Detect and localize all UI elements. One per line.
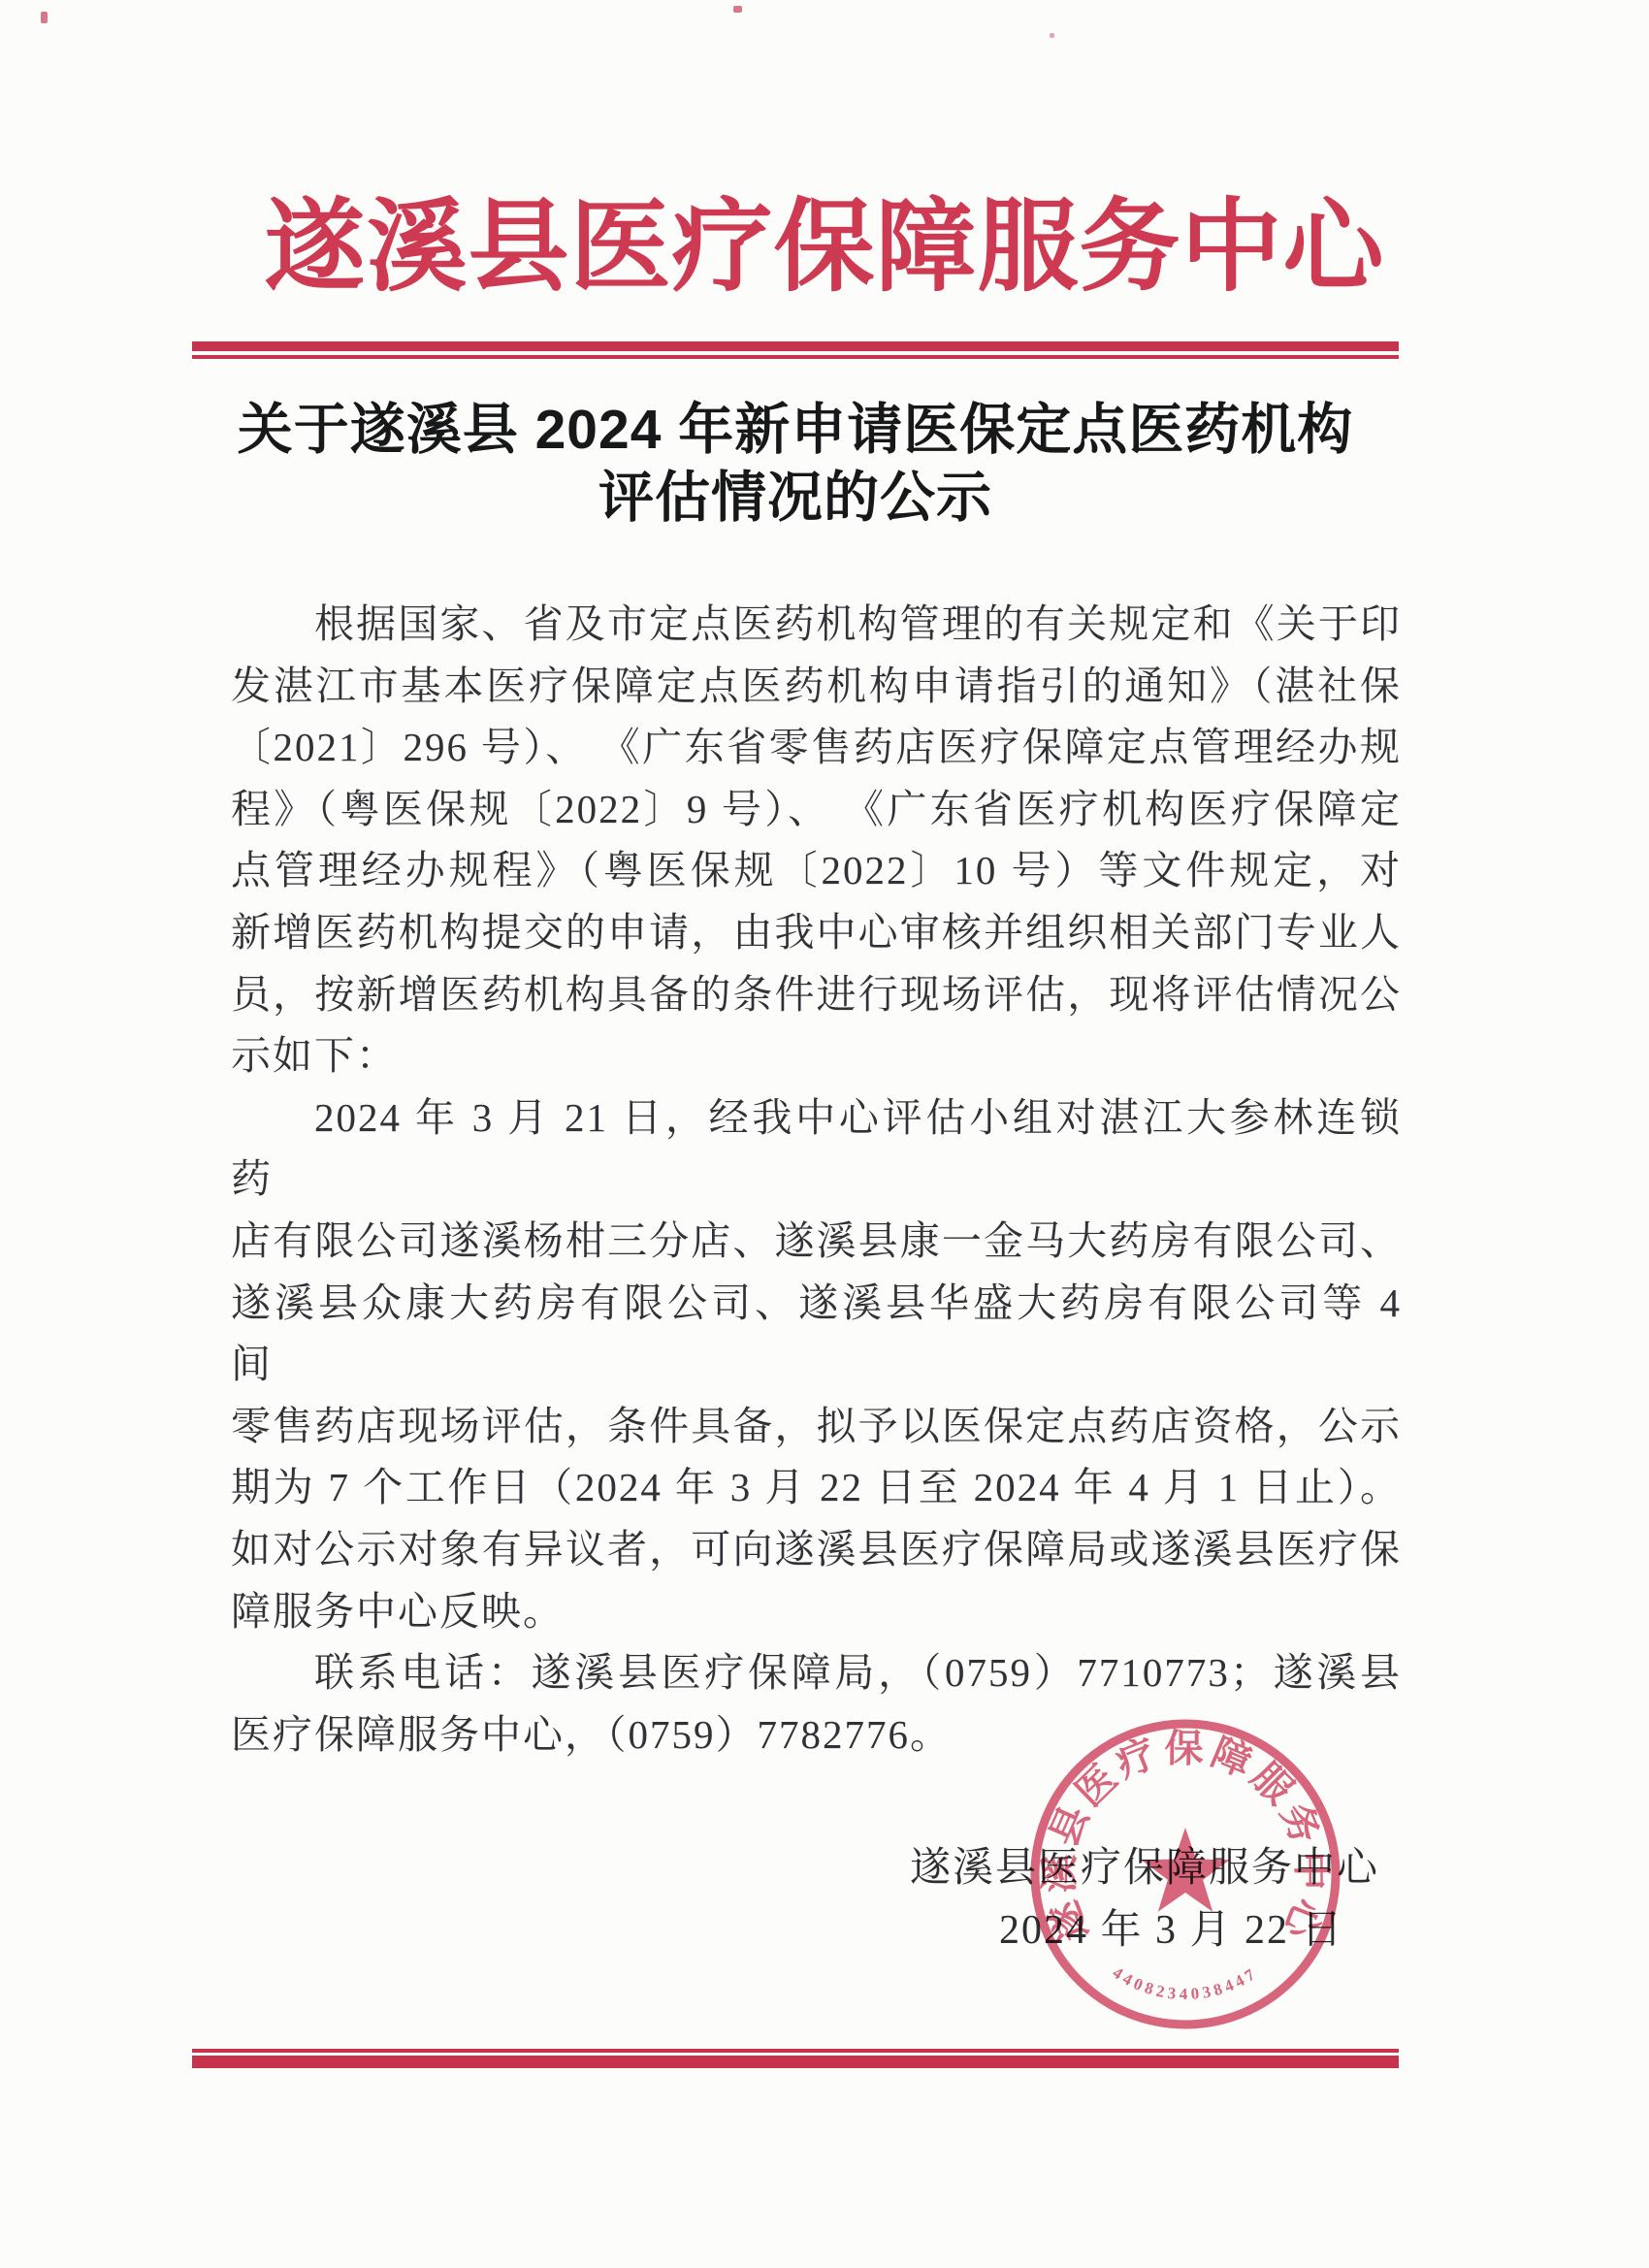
footer-rule-thick	[192, 2056, 1399, 2068]
body-line: 如对公示对象有异议者，可向遂溪县医疗保障局或遂溪县医疗保	[231, 1519, 1402, 1581]
document-title: 关于遂溪县 2024 年新申请医保定点医药机构 评估情况的公示	[136, 396, 1455, 532]
body-line: 员，按新增医药机构具备的条件进行现场评估，现将评估情况公	[231, 964, 1402, 1026]
document-page: 遂溪县医疗保障服务中心 关于遂溪县 2024 年新申请医保定点医药机构 评估情况…	[0, 0, 1649, 2268]
seal-star	[1141, 1828, 1229, 1912]
scan-artifact	[41, 12, 48, 23]
body-line: 2024 年 3 月 21 日，经我中心评估小组对湛江大参林连锁药	[231, 1087, 1402, 1211]
letterhead-rule-thick	[192, 341, 1399, 351]
body-line: 障服务中心反映。	[231, 1581, 1402, 1643]
body-line: 期为 7 个工作日（2024 年 3 月 22 日至 2024 年 4 月 1 …	[231, 1457, 1402, 1519]
body-line: 店有限公司遂溪杨柑三分店、遂溪县康一金马大药房有限公司、	[231, 1211, 1402, 1273]
official-seal: 遂溪县医疗保障服务中心 4408234038447	[1020, 1709, 1350, 2039]
document-title-line2: 评估情况的公示	[136, 464, 1455, 532]
body-line: 点管理经办规程》（粤医保规〔2022〕10 号）等文件规定，对	[231, 840, 1402, 902]
body-line: 新增医药机构提交的申请，由我中心审核并组织相关部门专业人	[231, 902, 1402, 964]
body-line: 遂溪县众康大药房有限公司、遂溪县华盛大药房有限公司等 4 间	[231, 1273, 1402, 1396]
body-paragraphs: 根据国家、省及市定点医药机构管理的有关规定和《关于印 发湛江市基本医疗保障定点医…	[231, 594, 1402, 1766]
body-line: 示如下：	[231, 1025, 1402, 1087]
body-line: 程》（粤医保规〔2022〕9 号）、 《广东省医疗机构医疗保障定	[231, 779, 1402, 841]
scan-artifact	[733, 6, 742, 13]
footer-rule-thin	[192, 2049, 1399, 2053]
body-line: 联系电话：遂溪县医疗保障局，（0759）7710773；遂溪县	[231, 1642, 1402, 1704]
document-title-line1: 关于遂溪县 2024 年新申请医保定点医药机构	[136, 396, 1455, 464]
body-line: 零售药店现场评估，条件具备，拟予以医保定点药店资格，公示	[231, 1396, 1402, 1458]
scan-artifact	[1050, 33, 1054, 38]
body-line: 〔2021〕296 号）、 《广东省零售药店医疗保障定点管理经办规	[231, 717, 1402, 779]
body-line: 发湛江市基本医疗保障定点医药机构申请指引的通知》（湛社保	[231, 656, 1402, 718]
svg-text:4408234038447: 4408234038447	[1110, 1963, 1262, 2003]
letterhead-org-name: 遂溪县医疗保障服务中心	[0, 184, 1649, 312]
letterhead-rule-thin	[192, 355, 1399, 359]
seal-code: 4408234038447	[1110, 1963, 1262, 2003]
body-line: 根据国家、省及市定点医药机构管理的有关规定和《关于印	[231, 594, 1402, 656]
